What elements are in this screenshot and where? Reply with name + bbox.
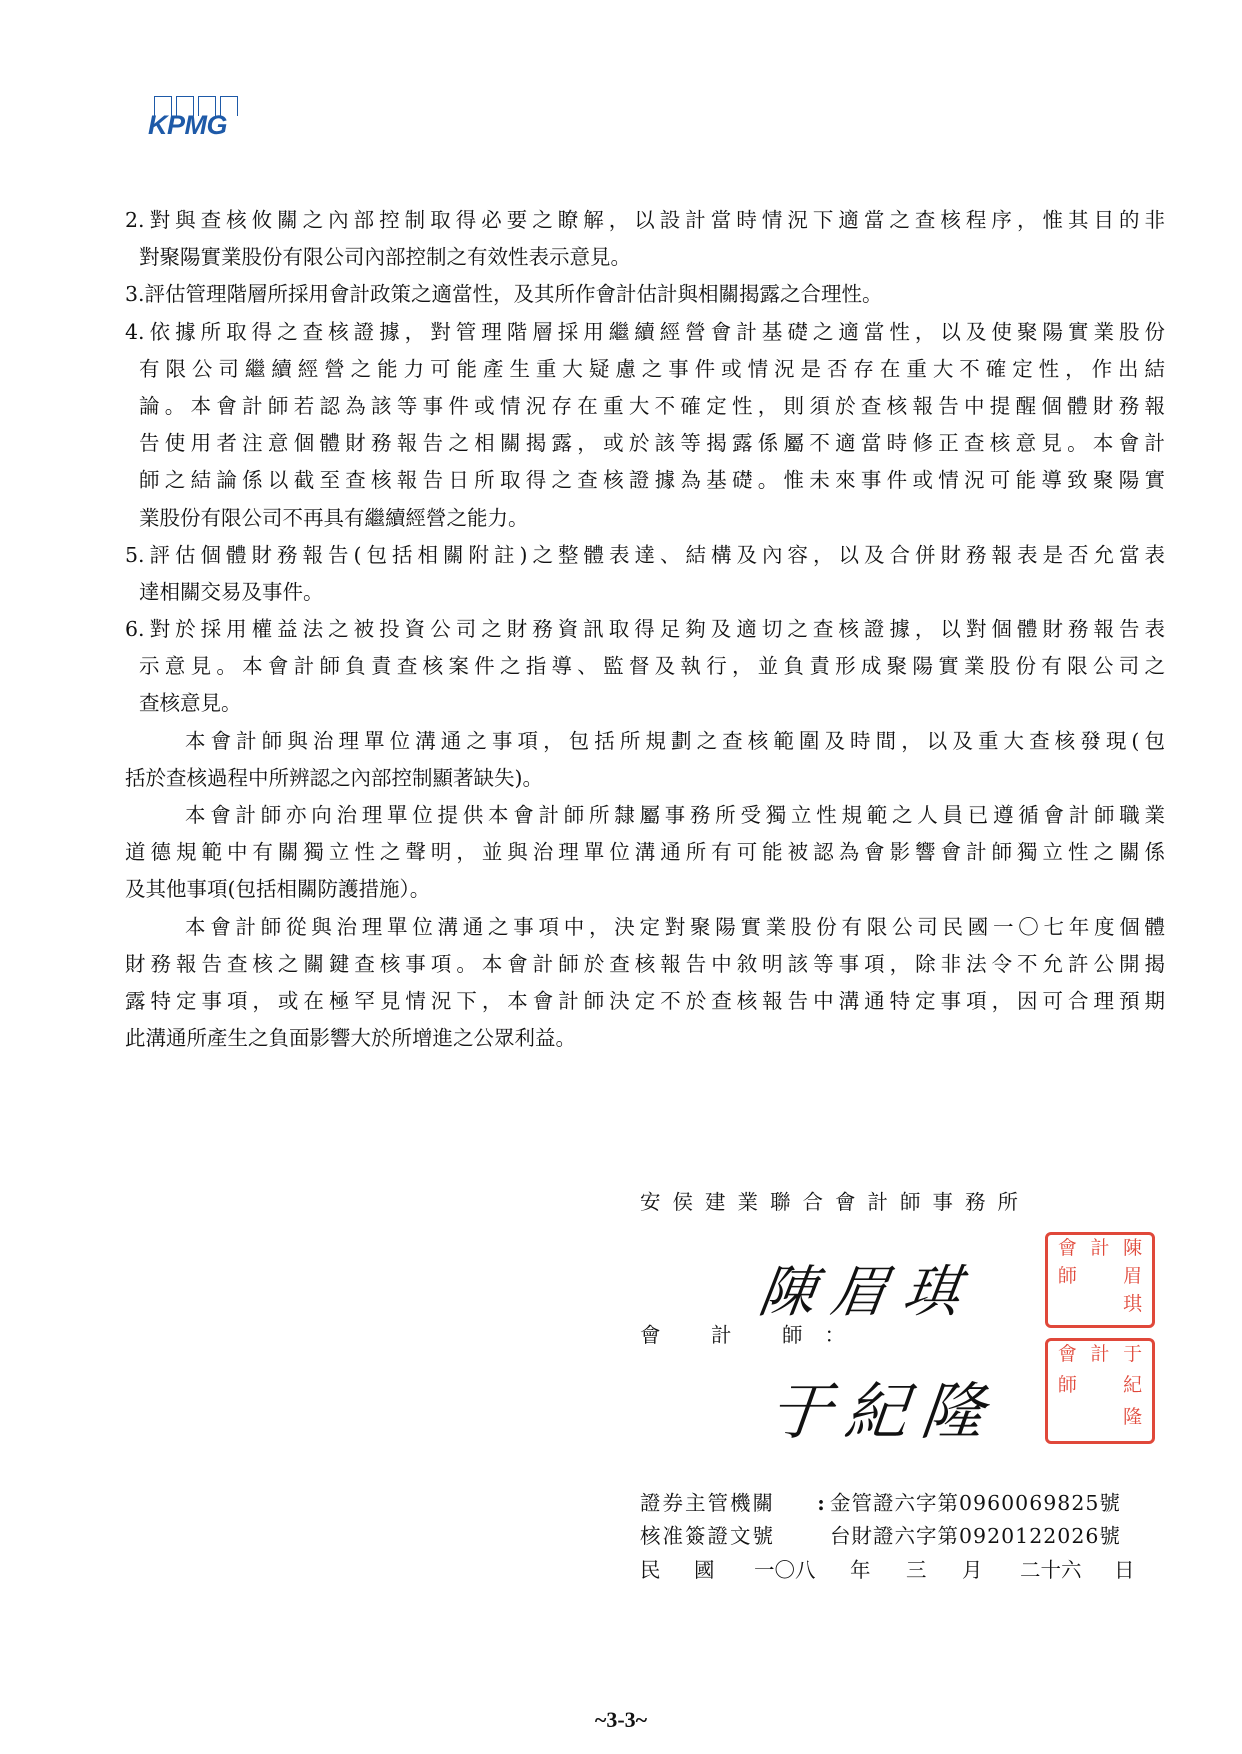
body-line: 此溝通所產生之負面影響大於所增進之公眾利益。 bbox=[125, 1020, 1165, 1057]
body-line: 括於查核過程中所辨認之內部控制顯著缺失)。 bbox=[125, 760, 1165, 797]
registration-value-1: 金管證六字第0960069825號 bbox=[830, 1487, 1121, 1520]
body-line: 及其他事項(包括相關防護措施）。 bbox=[125, 871, 1165, 908]
body-line: 達相關交易及事件。 bbox=[125, 574, 1165, 611]
registration-colon: : bbox=[812, 1487, 830, 1520]
body-line: 5.評估個體財務報告(包括相關附註)之整體表達、結構及內容，以及合併財務報表是否… bbox=[125, 537, 1165, 574]
registration-label-1: 證券主管機關 bbox=[640, 1487, 812, 1520]
body-line: 論。本會計師若認為該等事件或情況存在重大不確定性，則須於查核報告中提醒個體財務報 bbox=[125, 388, 1165, 425]
report-date: 民 國 一〇八 年 三 月 二十六 日 bbox=[640, 1553, 1135, 1583]
page-number: ~3-3~ bbox=[0, 1707, 1242, 1733]
body-line: 業股份有限公司不再具有繼續經營之能力。 bbox=[125, 500, 1165, 537]
body-line: 有限公司繼續經營之能力可能產生重大疑慮之事件或情況是否存在重大不確定性，作出結 bbox=[125, 351, 1165, 388]
body-line: 本會計師與治理單位溝通之事項，包括所規劃之查核範圍及時間，以及重大查核發現(包 bbox=[125, 723, 1165, 760]
firm-name: 安侯建業聯合會計師事務所 bbox=[640, 1185, 1030, 1215]
body-line: 示意見。本會計師負責查核案件之指導、監督及執行，並負責形成聚陽實業股份有限公司之 bbox=[125, 648, 1165, 685]
body-line: 查核意見。 bbox=[125, 685, 1165, 722]
seal-2-icon: 會 計 于 師 紀 隆 bbox=[1045, 1338, 1155, 1444]
signature-2: 于紀隆 bbox=[765, 1362, 1002, 1451]
logo-wordmark: KPMG bbox=[148, 110, 227, 141]
cpa-label: 會 計 師： bbox=[640, 1318, 867, 1348]
body-line: 2.對與查核攸關之內部控制取得必要之瞭解，以設計當時情況下適當之查核程序，惟其目… bbox=[125, 202, 1165, 239]
seal-1-icon: 會 計 陳 師 眉 琪 bbox=[1045, 1232, 1155, 1328]
body-line: 財務報告查核之關鍵查核事項。本會計師於查核報告中敘明該等事項，除非法令不允許公開… bbox=[125, 946, 1165, 983]
registration-value-2: 台財證六字第0920122026號 bbox=[830, 1520, 1121, 1553]
body-line: 3.評估管理階層所採用會計政策之適當性，及其所作會計估計與相關揭露之合理性。 bbox=[125, 276, 1165, 313]
body-line: 本會計師亦向治理單位提供本會計師所隸屬事務所受獨立性規範之人員已遵循會計師職業 bbox=[125, 797, 1165, 834]
body-line: 露特定事項，或在極罕見情況下，本會計師決定不於查核報告中溝通特定事項，因可合理預… bbox=[125, 983, 1165, 1020]
registration-block: 證券主管機關 : 金管證六字第0960069825號 核准簽證文號 台財證六字第… bbox=[640, 1487, 1121, 1553]
body-line: 4.依據所取得之查核證據，對管理階層採用繼續經營會計基礎之適當性，以及使聚陽實業… bbox=[125, 314, 1165, 351]
body-line: 6.對於採用權益法之被投資公司之財務資訊取得足夠及適切之查核證據，以對個體財務報… bbox=[125, 611, 1165, 648]
report-body: 2.對與查核攸關之內部控制取得必要之瞭解，以設計當時情況下適當之查核程序，惟其目… bbox=[125, 202, 1165, 1057]
body-line: 本會計師從與治理單位溝通之事項中，決定對聚陽實業股份有限公司民國一〇七年度個體 bbox=[125, 909, 1165, 946]
kpmg-logo: KPMG bbox=[148, 96, 248, 140]
body-line: 告使用者注意個體財務報告之相關揭露，或於該等揭露係屬不適當時修正查核意見。本會計 bbox=[125, 425, 1165, 462]
signature-1: 陳眉琪 bbox=[754, 1248, 981, 1328]
body-line: 道德規範中有關獨立性之聲明，並與治理單位溝通所有可能被認為會影響會計師獨立性之關… bbox=[125, 834, 1165, 871]
registration-label-2: 核准簽證文號 bbox=[640, 1520, 812, 1553]
body-line: 對聚陽實業股份有限公司內部控制之有效性表示意見。 bbox=[125, 239, 1165, 276]
body-line: 師之結論係以截至查核報告日所取得之查核證據為基礎。惟未來事件或情況可能導致聚陽實 bbox=[125, 462, 1165, 499]
